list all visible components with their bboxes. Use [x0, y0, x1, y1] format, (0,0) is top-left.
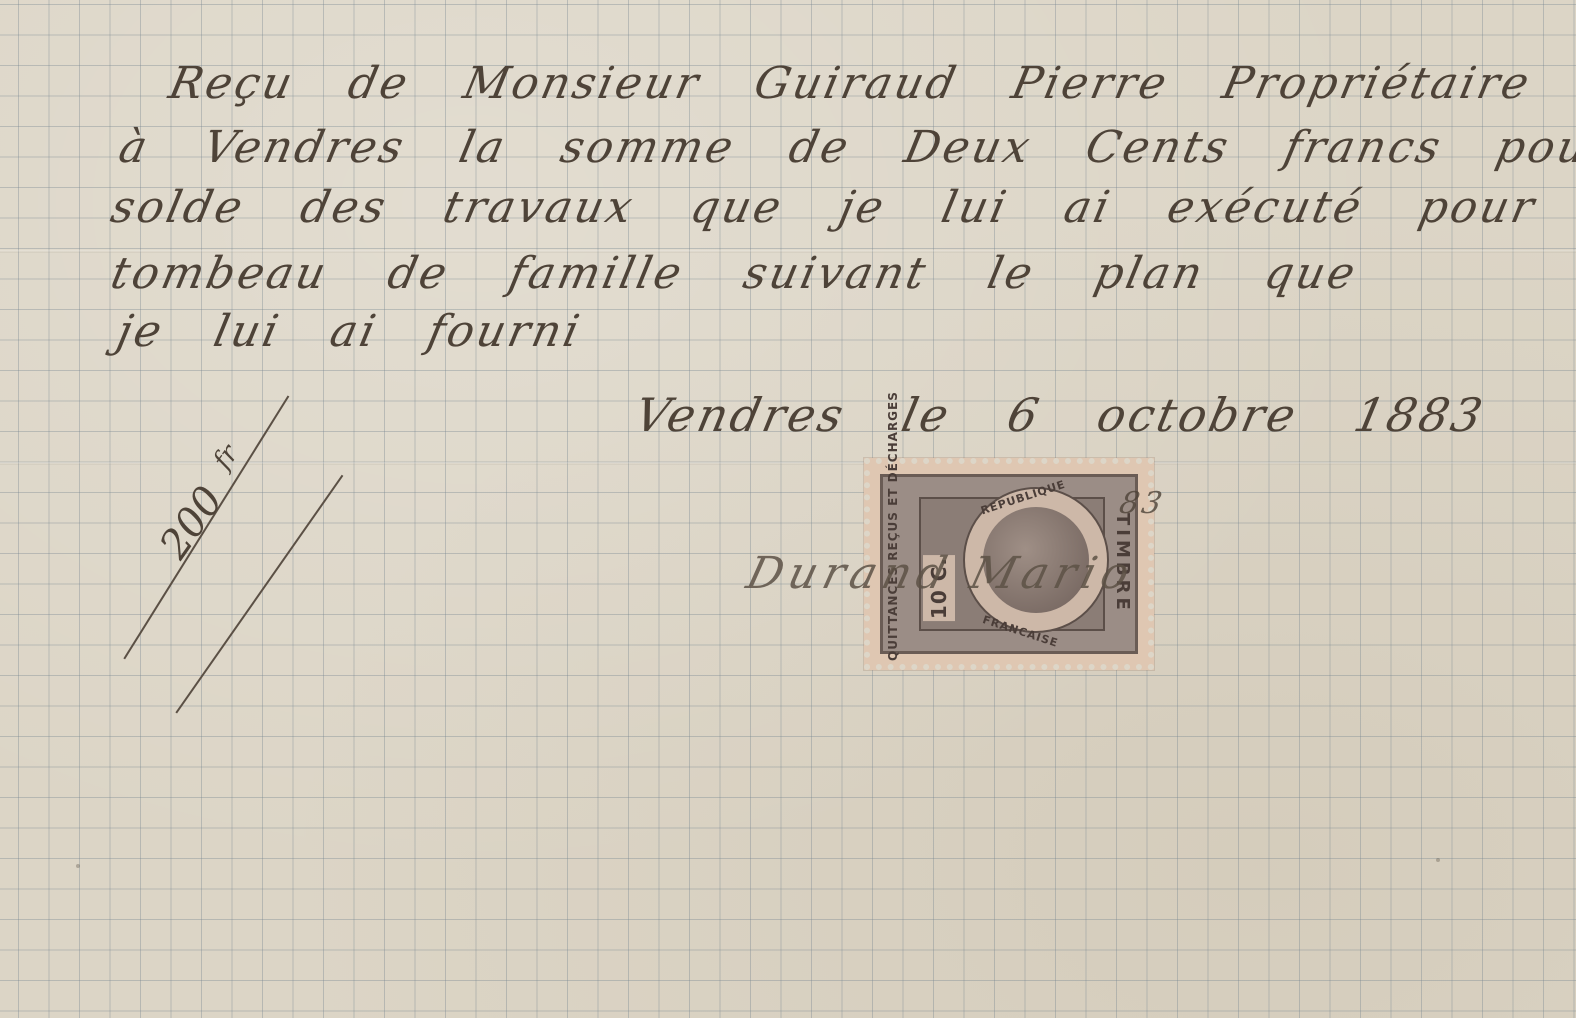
- receipt-line-5: je lui ai fourni: [113, 306, 587, 357]
- paper-blemish: [76, 864, 80, 868]
- receipt-line-1: Reçu de Monsieur Guiraud Pierre Propriét…: [165, 58, 1537, 109]
- signature: Durand Mario: [742, 548, 1141, 599]
- amount-value: 200: [151, 478, 232, 567]
- place-date: Vendres le 6 octobre 1883: [630, 388, 1490, 442]
- margin-amount: 200fr: [150, 440, 259, 567]
- document-page: Reçu de Monsieur Guiraud Pierre Propriét…: [0, 0, 1576, 1018]
- paper-blemish: [1436, 858, 1440, 862]
- amount-unit: fr: [208, 440, 245, 475]
- receipt-line-3: solde des travaux que je lui ai exécuté …: [107, 182, 1542, 233]
- signature-overprint: 83: [1116, 486, 1168, 521]
- receipt-line-4: tombeau de famille suivant le plan que: [107, 248, 1363, 299]
- receipt-line-2: à Vendres la somme de Deux Cents francs …: [115, 122, 1576, 173]
